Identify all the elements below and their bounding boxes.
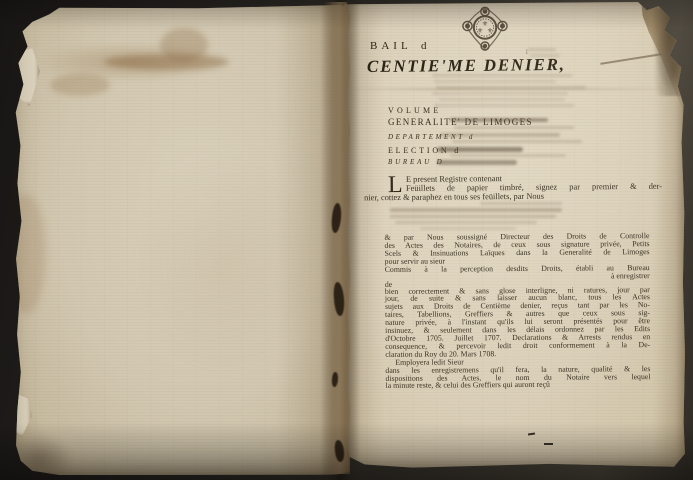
left-page-blank — [12, 4, 350, 476]
bleed-through-smudge — [395, 221, 537, 224]
corner-shadow — [4, 434, 74, 480]
stain — [32, 42, 232, 82]
volume-label: VOLUME — [388, 106, 441, 115]
bureau-line: BUREAU D — [388, 158, 444, 166]
election-line: ELECTION d — [388, 146, 461, 155]
stain — [132, 154, 312, 374]
torn-corner-dark-texture — [650, 8, 684, 96]
departement-line: DEPARTEMENT d — [388, 133, 475, 141]
scanned-open-register: ⚜⚜⚜ BAIL d CENTIE'ME DENIER, 1 VOLUME GE… — [0, 0, 693, 480]
text-line: nier, cottez & paraphez en tous ses feüi… — [364, 191, 662, 203]
royal-arms-stamp-icon: ⚜⚜⚜ — [460, 6, 510, 52]
svg-text:⚜: ⚜ — [477, 27, 483, 35]
torn-corner-area — [624, 2, 686, 118]
bleed-through-smudge — [432, 92, 568, 95]
bleed-through-smudge — [528, 48, 556, 51]
bleed-through-smudge — [450, 154, 566, 157]
page-number: 1 — [525, 48, 529, 56]
bleed-through-smudge — [434, 80, 556, 83]
text-line: la minute reste, & celui des Greffiers q… — [385, 380, 650, 390]
stain — [50, 74, 110, 96]
bleed-through-smudge — [390, 208, 562, 212]
drop-cap: L — [388, 176, 403, 193]
svg-text:⚜: ⚜ — [487, 27, 493, 35]
generalite-line: GENERALITE' DE LIMOGES — [388, 117, 533, 127]
bleed-through-smudge — [434, 104, 574, 107]
ink-speck — [544, 443, 553, 445]
left-page-gutter-shading — [12, 4, 350, 476]
bleed-through-smudge — [480, 202, 562, 205]
stain — [160, 28, 208, 62]
right-page-printed: ⚜⚜⚜ BAIL d CENTIE'ME DENIER, 1 VOLUME GE… — [344, 2, 686, 470]
stain — [104, 54, 229, 70]
torn-paper-flap — [14, 48, 40, 106]
bleed-through-smudge — [436, 86, 586, 89]
stain — [6, 194, 46, 314]
bleed-through-smudge — [437, 160, 517, 165]
torn-paper-flap — [12, 392, 32, 436]
bleed-through-smudge — [390, 215, 556, 218]
ink-speck — [528, 433, 535, 436]
body-paragraph: & par Nous soussigné Directeur des Droit… — [384, 232, 650, 390]
horizontal-crease — [344, 88, 686, 90]
bleed-through-smudge — [439, 98, 565, 101]
centieme-denier-title: CENTIE'ME DENIER, — [367, 55, 566, 77]
opening-paragraph: L E present Registre contenantFeüillets … — [364, 173, 662, 203]
bleed-through-smudge — [420, 227, 516, 230]
tear-crack-line — [600, 53, 661, 64]
bail-heading: BAIL d — [370, 40, 431, 52]
